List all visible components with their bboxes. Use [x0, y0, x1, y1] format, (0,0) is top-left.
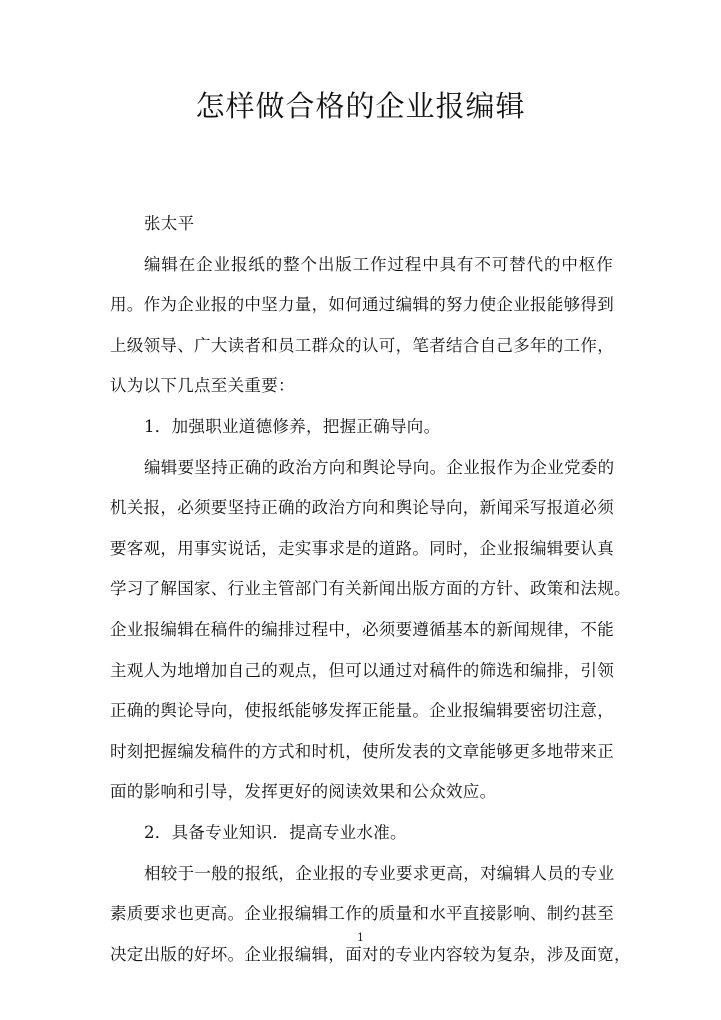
text-line: 2．具备专业知识．提高专业水准。 — [110, 813, 613, 854]
text-line: 面的影响和引导，发挥更好的阅读效果和公众效应。 — [110, 772, 613, 813]
text-line: 上级领导、广大读者和员工群众的认可，笔者结合自己多年的工作， — [110, 326, 613, 367]
text-line: 主观人为地增加自己的观点，但可以通过对稿件的筛选和编排，引领 — [110, 651, 613, 692]
text-line: 素质要求也更高。企业报编辑工作的质量和水平直接影响、制约甚至 — [110, 894, 613, 935]
text-line: 要客观，用事实说话，走实事求是的道路。同时，企业报编辑要认真 — [110, 529, 613, 570]
text-line: 正确的舆论导向，使报纸能够发挥正能量。企业报编辑要密切注意， — [110, 691, 613, 732]
text-line: 编辑在企业报纸的整个出版工作过程中具有不可替代的中枢作 — [110, 245, 613, 286]
document-page: 怎样做合格的企业报编辑 张太平 编辑在企业报纸的整个出版工作过程中具有不可替代的… — [0, 0, 721, 1020]
text-line: 相较于一般的报纸，企业报的专业要求更高，对编辑人员的专业 — [110, 854, 613, 895]
author-line: 张太平 — [110, 204, 613, 245]
text-line: 1．加强职业道德修养，把握正确导向。 — [110, 407, 613, 448]
document-title: 怎样做合格的企业报编辑 — [0, 84, 721, 125]
paragraph-lines: 编辑在企业报纸的整个出版工作过程中具有不可替代的中枢作用。作为企业报的中坚力量，… — [110, 245, 613, 976]
text-line: 时刻把握编发稿件的方式和时机，使所发表的文章能够更多地带来正 — [110, 732, 613, 773]
text-line: 企业报编辑在稿件的编排过程中，必须要遵循基本的新闻规律，不能 — [110, 610, 613, 651]
page-number: 1 — [0, 931, 721, 944]
text-line: 认为以下几点至关重要： — [110, 366, 613, 407]
text-line: 用。作为企业报的中坚力量，如何通过编辑的努力使企业报能够得到 — [110, 285, 613, 326]
text-line: 学习了解国家、行业主管部门有关新闻出版方面的方针、政策和法规。 — [110, 569, 613, 610]
text-line: 编辑要坚持正确的政治方向和舆论导向。企业报作为企业党委的 — [110, 448, 613, 489]
document-body: 张太平 编辑在企业报纸的整个出版工作过程中具有不可替代的中枢作用。作为企业报的中… — [110, 204, 613, 975]
text-line: 机关报，必须要坚持正确的政治方向和舆论导向，新闻采写报道必须 — [110, 488, 613, 529]
